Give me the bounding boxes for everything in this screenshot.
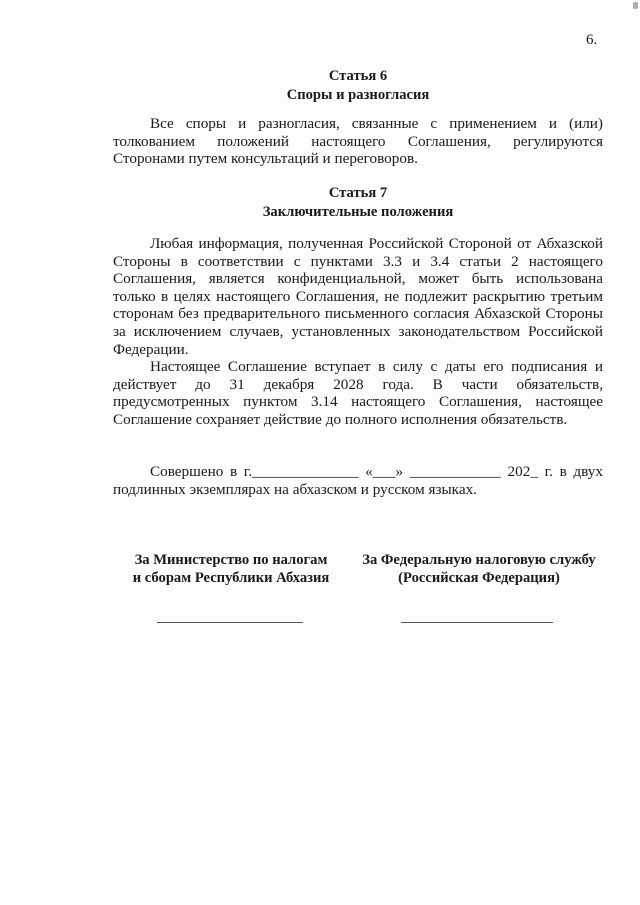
scan-artifact	[633, 2, 638, 9]
text-line: Соглашения, является конфиденциальной, м…	[113, 270, 603, 288]
text-line: сторонам без предварительного письменног…	[113, 305, 603, 323]
text-line: действует до 31 декабря 2028 года. В час…	[113, 376, 603, 394]
article-7-paragraph-2: Настоящее Соглашение вступает в силу с д…	[113, 358, 603, 428]
signature-line-right	[401, 622, 553, 623]
signatory-line-1: За Федеральную налоговую службу	[350, 552, 608, 570]
text-line: Любая информация, полученная Российской …	[113, 235, 603, 253]
text-line: предусмотренных пунктом 3.14 настоящего …	[113, 393, 603, 411]
text-line: Соглашение сохраняет действие до полного…	[113, 411, 603, 429]
text-line: Настоящее Соглашение вступает в силу с д…	[113, 358, 603, 376]
text-line: за исключением случаев, установленных за…	[113, 323, 603, 341]
text-line: Все споры и разногласия, связанные с при…	[113, 115, 603, 133]
text-line: только в целях настоящего Соглашения, не…	[113, 288, 603, 306]
article-6-title: Статья 6	[113, 67, 603, 85]
article-7-subtitle: Заключительные положения	[113, 203, 603, 221]
text-line: Стороны в соответствии с пунктами 3.3 и …	[113, 253, 603, 271]
text-line: Сторонами путем консультаций и переговор…	[113, 150, 603, 168]
signature-block-russia: За Федеральную налоговую службу (Российс…	[350, 552, 608, 587]
signatory-line-2: и сборам Республики Абхазия	[120, 570, 342, 588]
article-7-paragraph-1: Любая информация, полученная Российской …	[113, 235, 603, 358]
signature-block-abkhazia: За Министерство по налогам и сборам Респ…	[120, 552, 342, 587]
text-line: толкованием положений настоящего Соглаше…	[113, 133, 603, 151]
text-line: Федерации.	[113, 341, 603, 359]
document-page: 6. Статья 6 Споры и разногласия Все спор…	[0, 0, 640, 905]
signatory-line-1: За Министерство по налогам	[120, 552, 342, 570]
execution-clause: Совершено в г.______________ «___» _____…	[113, 463, 603, 498]
signatory-line-2: (Российская Федерация)	[350, 570, 608, 588]
article-6-paragraph: Все споры и разногласия, связанные с при…	[113, 115, 603, 168]
text-line: подлинных экземплярах на абхазском и рус…	[113, 481, 603, 499]
signature-line-left	[157, 622, 303, 623]
article-7-title: Статья 7	[113, 184, 603, 202]
text-line: Совершено в г.______________ «___» _____…	[113, 463, 603, 481]
page-number: 6.	[586, 32, 597, 49]
article-6-subtitle: Споры и разногласия	[113, 86, 603, 104]
